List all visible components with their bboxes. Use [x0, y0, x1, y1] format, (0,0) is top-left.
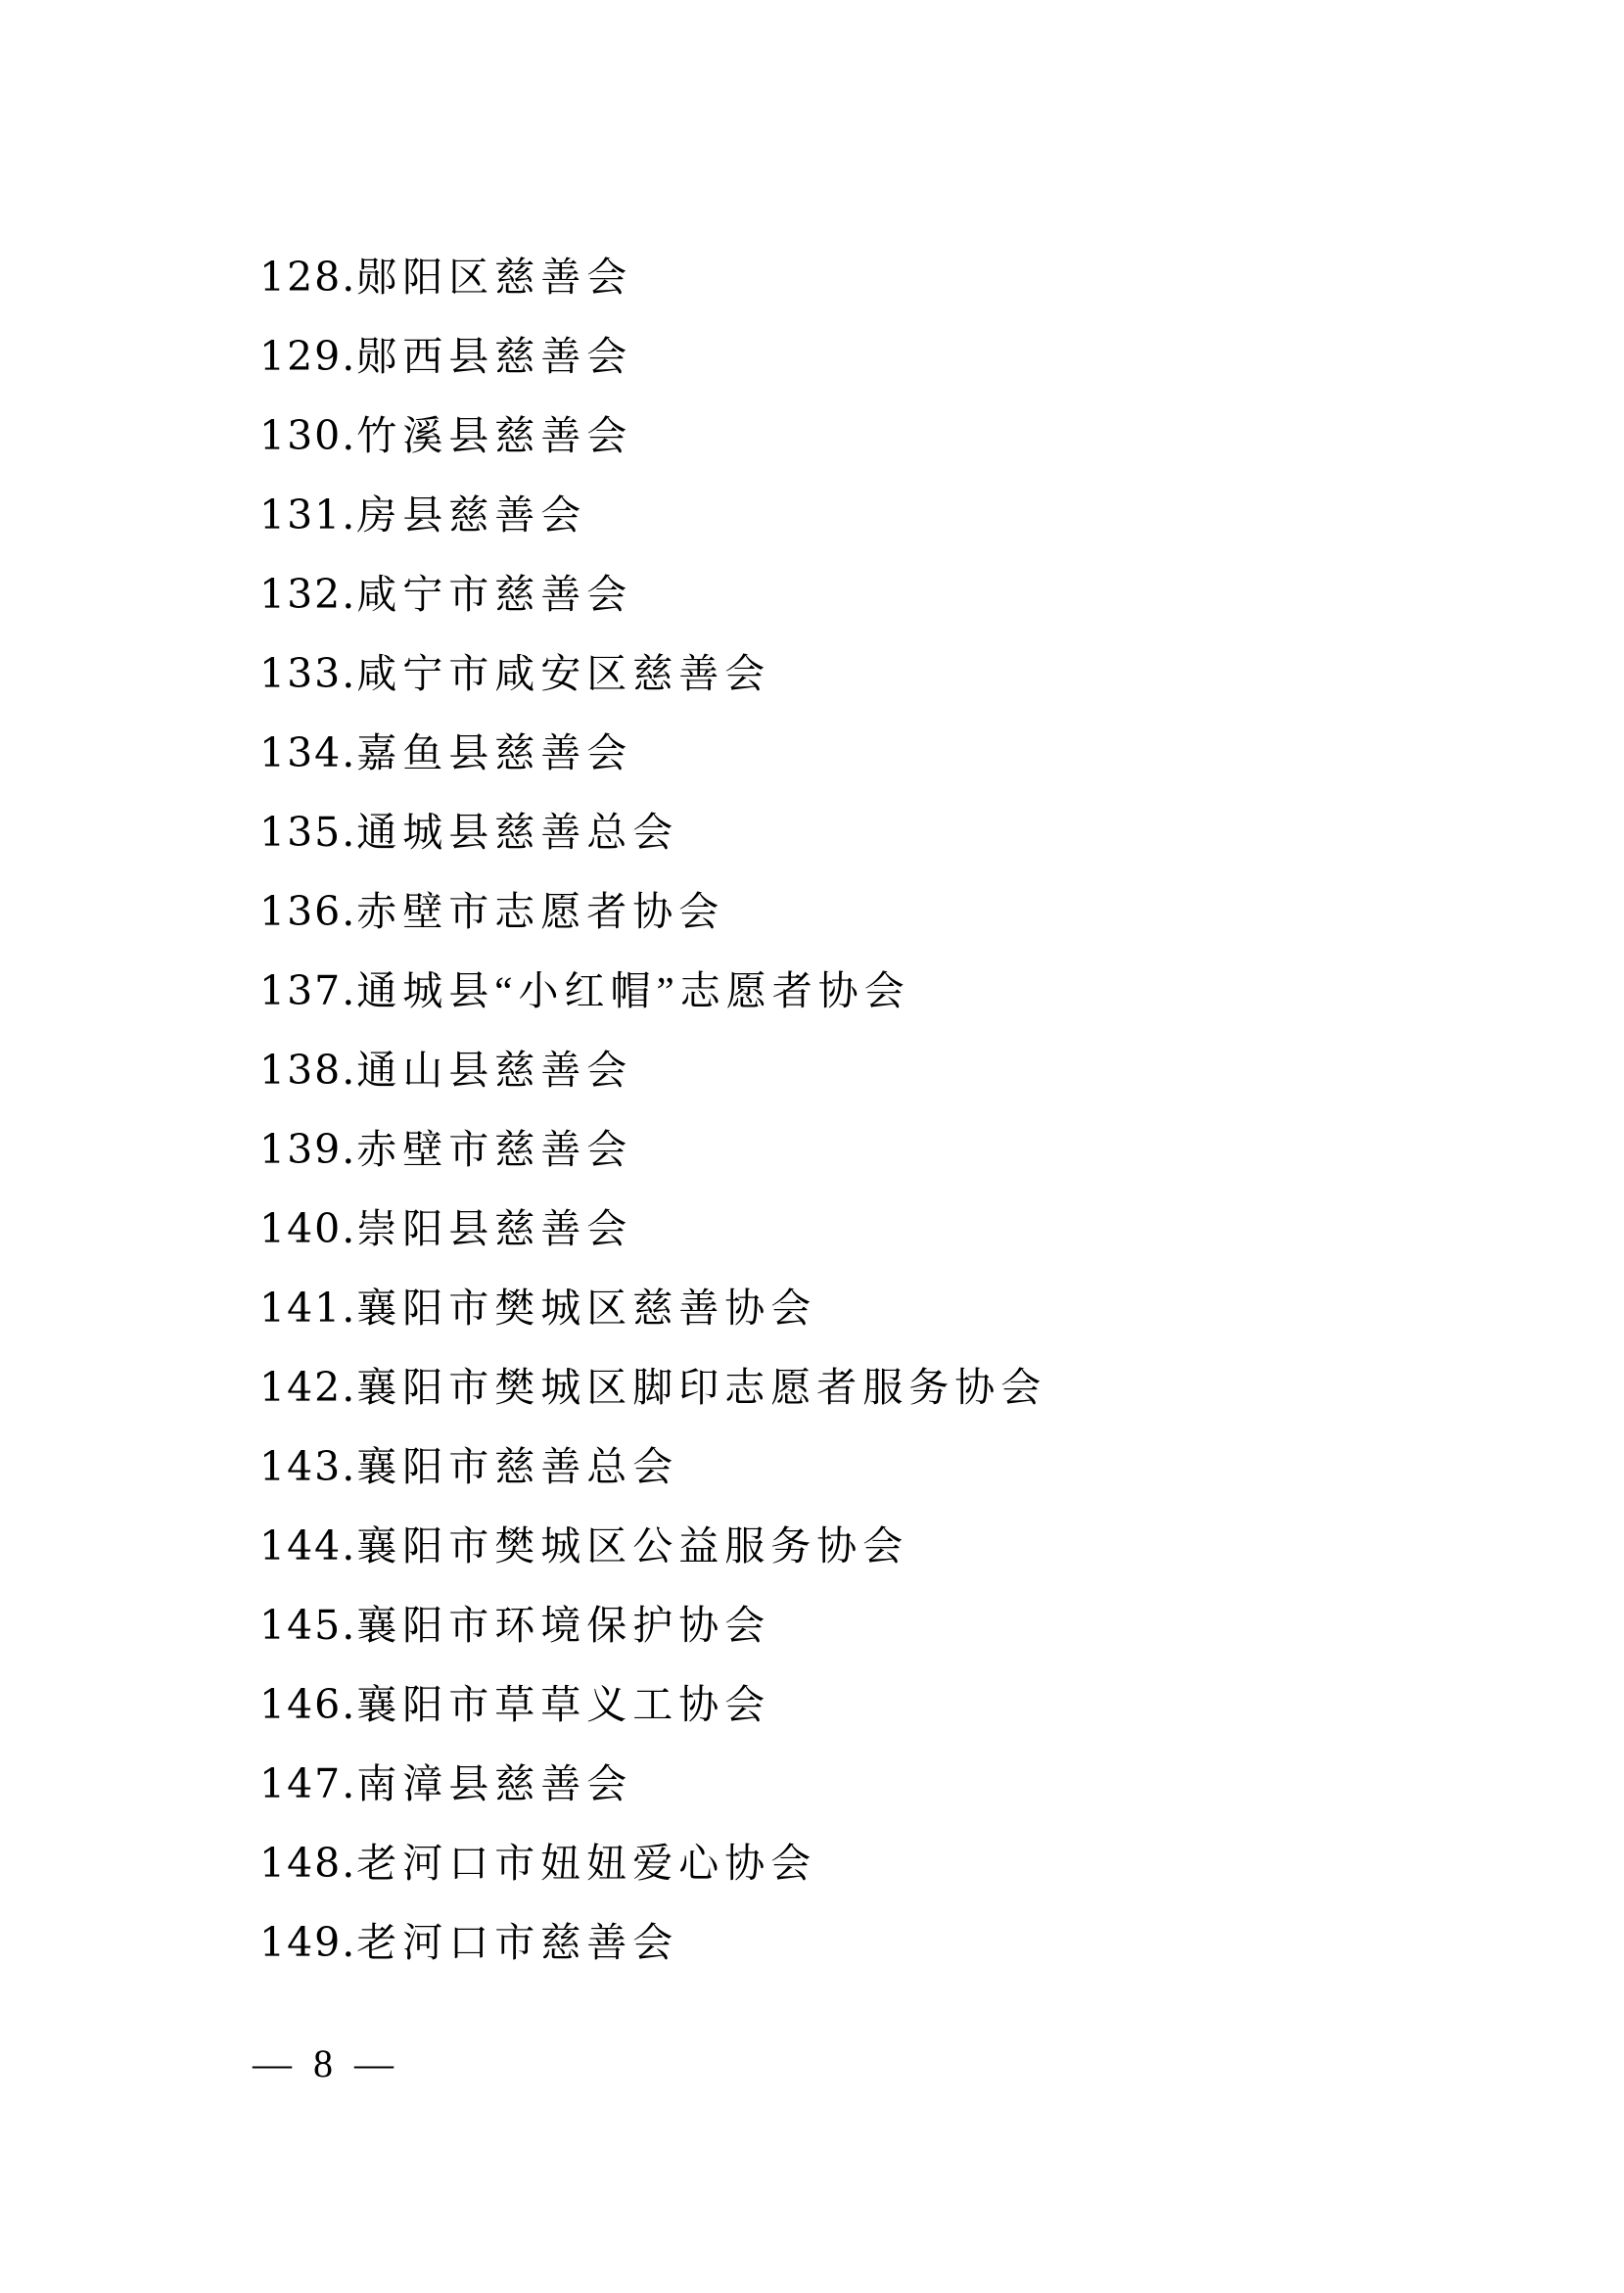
list-item: 131.房县慈善会 [259, 476, 1046, 555]
item-number: 145. [259, 1606, 356, 1646]
item-number: 134. [259, 733, 356, 773]
item-name: 嘉鱼县慈善会 [356, 733, 632, 773]
item-name: 通城县“小红帽”志愿者协会 [356, 971, 909, 1011]
item-name: 赤壁市慈善会 [356, 1130, 632, 1170]
list-item: 130.竹溪县慈善会 [259, 397, 1046, 476]
item-number: 144. [259, 1526, 356, 1567]
list-item: 132.咸宁市慈善会 [259, 555, 1046, 634]
list-item: 142.襄阳市樊城区脚印志愿者服务协会 [259, 1348, 1046, 1427]
item-number: 137. [259, 971, 356, 1011]
item-name: 咸宁市咸安区慈善会 [356, 654, 770, 694]
list-item: 144.襄阳市樊城区公益服务协会 [259, 1507, 1046, 1586]
item-name: 襄阳市草草义工协会 [356, 1685, 770, 1725]
list-item: 129.郧西县慈善会 [259, 317, 1046, 397]
list-item: 145.襄阳市环境保护协会 [259, 1586, 1046, 1665]
item-name: 竹溪县慈善会 [356, 416, 632, 456]
item-name: 通城县慈善总会 [356, 813, 678, 853]
item-number: 132. [259, 575, 356, 615]
item-number: 143. [259, 1447, 356, 1487]
list-item: 137.通城县“小红帽”志愿者协会 [259, 952, 1046, 1031]
item-number: 135. [259, 813, 356, 853]
item-number: 148. [259, 1844, 356, 1884]
item-number: 149. [259, 1923, 356, 1963]
item-name: 襄阳市樊城区慈善协会 [356, 1288, 816, 1329]
item-number: 140. [259, 1209, 356, 1249]
list-item: 143.襄阳市慈善总会 [259, 1427, 1046, 1507]
item-name: 老河口市妞妞爱心协会 [356, 1844, 816, 1884]
item-number: 129. [259, 337, 356, 377]
item-name: 通山县慈善会 [356, 1051, 632, 1091]
list-item: 147.南漳县慈善会 [259, 1745, 1046, 1824]
item-number: 128. [259, 257, 356, 298]
list-item: 138.通山县慈善会 [259, 1031, 1046, 1110]
item-number: 131. [259, 495, 356, 536]
item-number: 142. [259, 1368, 356, 1408]
list-item: 146.襄阳市草草义工协会 [259, 1665, 1046, 1745]
item-name: 赤壁市志愿者协会 [356, 892, 724, 932]
item-name: 襄阳市樊城区脚印志愿者服务协会 [356, 1368, 1046, 1408]
list-item: 141.襄阳市樊城区慈善协会 [259, 1269, 1046, 1348]
item-name: 南漳县慈善会 [356, 1764, 632, 1804]
item-name: 崇阳县慈善会 [356, 1209, 632, 1249]
item-number: 138. [259, 1051, 356, 1091]
document-page: 128.郧阳区慈善会129.郧西县慈善会130.竹溪县慈善会131.房县慈善会1… [0, 0, 1624, 2293]
item-name: 郧阳区慈善会 [356, 257, 632, 298]
item-name: 房县慈善会 [356, 495, 586, 536]
item-name: 老河口市慈善会 [356, 1923, 678, 1963]
item-name: 襄阳市环境保护协会 [356, 1606, 770, 1646]
item-number: 136. [259, 892, 356, 932]
page-number: — 8 — [253, 2044, 399, 2083]
list-item: 128.郧阳区慈善会 [259, 238, 1046, 317]
organization-list: 128.郧阳区慈善会129.郧西县慈善会130.竹溪县慈善会131.房县慈善会1… [259, 238, 1046, 1983]
list-item: 133.咸宁市咸安区慈善会 [259, 634, 1046, 714]
list-item: 136.赤壁市志愿者协会 [259, 872, 1046, 952]
item-name: 襄阳市樊城区公益服务协会 [356, 1526, 908, 1567]
list-item: 134.嘉鱼县慈善会 [259, 714, 1046, 793]
item-number: 141. [259, 1288, 356, 1329]
list-item: 149.老河口市慈善会 [259, 1903, 1046, 1983]
list-item: 139.赤壁市慈善会 [259, 1110, 1046, 1190]
list-item: 148.老河口市妞妞爱心协会 [259, 1824, 1046, 1903]
item-number: 130. [259, 416, 356, 456]
item-name: 襄阳市慈善总会 [356, 1447, 678, 1487]
item-number: 139. [259, 1130, 356, 1170]
item-number: 147. [259, 1764, 356, 1804]
list-item: 135.通城县慈善总会 [259, 793, 1046, 872]
item-number: 146. [259, 1685, 356, 1725]
item-name: 郧西县慈善会 [356, 337, 632, 377]
item-name: 咸宁市慈善会 [356, 575, 632, 615]
list-item: 140.崇阳县慈善会 [259, 1190, 1046, 1269]
item-number: 133. [259, 654, 356, 694]
